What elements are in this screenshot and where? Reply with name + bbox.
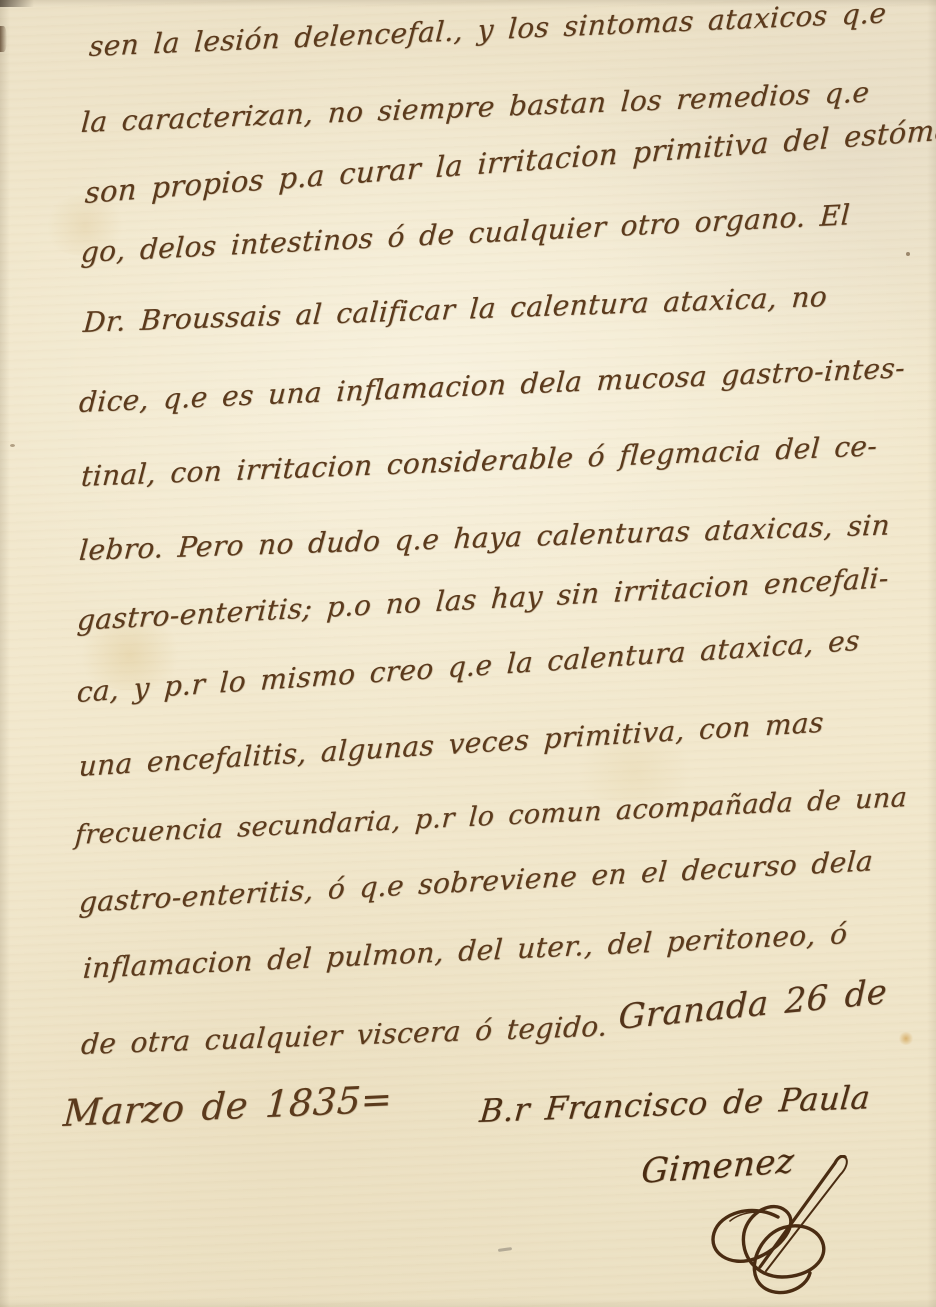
ink-speck <box>10 444 15 447</box>
manuscript-line: una encefalitis, algunas veces primitiva… <box>78 706 825 783</box>
manuscript-line: lebro. Pero no dudo q.e haya calenturas … <box>78 508 891 567</box>
signature-name: B.r Francisco de Paula <box>478 1078 872 1130</box>
manuscript-line: tinal, con irritacion considerable ó fle… <box>80 429 878 493</box>
manuscript-page: sen la lesión delencefal., y los sintoma… <box>0 0 936 1307</box>
ink-speck <box>906 252 910 256</box>
closing-date: Marzo de 1835= <box>62 1077 394 1135</box>
manuscript-line: Dr. Broussais al calificar la calentura … <box>82 280 828 339</box>
paper-stain <box>898 1032 914 1045</box>
manuscript-line: dice, q.e es una inflamacion dela mucosa… <box>78 351 906 419</box>
manuscript-line: gastro-enteritis; p.o no las hay sin irr… <box>76 561 890 637</box>
closing-place-date: Granada 26 de <box>618 972 888 1038</box>
manuscript-line: go, delos intestinos ó de cualquier otro… <box>80 198 851 269</box>
manuscript-line: ca, y p.r lo mismo creo q.e la calentura… <box>76 624 861 709</box>
manuscript-line: inflamacion del pulmon, del uter., del p… <box>82 917 848 985</box>
manuscript-line: sen la lesión delencefal., y los sintoma… <box>88 0 887 63</box>
scan-corner-smudge <box>0 0 34 7</box>
manuscript-line: gastro-enteritis, ó q.e sobreviene en el… <box>78 844 874 919</box>
manuscript-line: de otra cualquier viscera ó tegido. <box>80 1010 609 1061</box>
manuscript-line: frecuencia secundaria, p.r lo comun acom… <box>74 782 908 851</box>
scan-left-edge-mark <box>0 26 7 52</box>
pencil-mark <box>498 1247 512 1252</box>
signature-rubric-flourish <box>682 1155 872 1305</box>
